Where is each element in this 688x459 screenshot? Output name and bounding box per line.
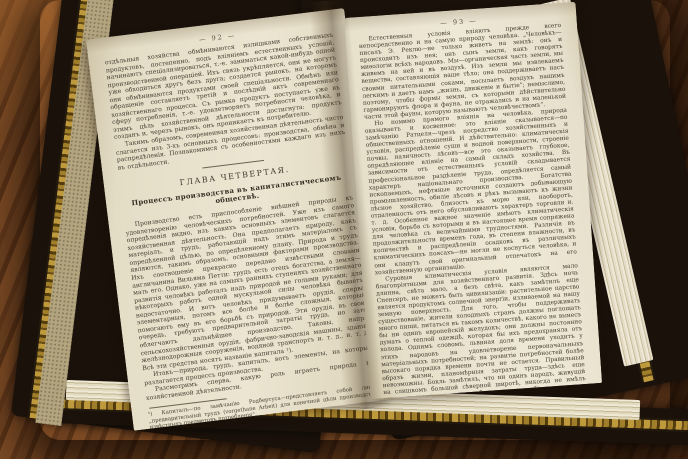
left-page-content: — 92 — отдѣльныя хозяйства обмѣниваются … <box>86 8 392 431</box>
right-page: — 93 — Естественныя условія вліяютъ преж… <box>344 2 602 399</box>
paragraph: Но помимо прямого вліянія на человѣка, п… <box>364 108 577 278</box>
photo-scene: — 92 — отдѣльныя хозяйства обмѣниваются … <box>0 0 688 459</box>
paragraph: Производство есть приспособленіе внѣшней… <box>125 195 372 373</box>
open-book: — 92 — отдѣльныя хозяйства обмѣниваются … <box>0 0 688 459</box>
left-page: — 92 — отдѣльныя хозяйства обмѣниваются … <box>86 8 392 431</box>
paragraph: Естественныя условія вліяютъ прежде всег… <box>358 23 566 122</box>
section-divider-rule <box>202 160 264 169</box>
right-page-content: — 93 — Естественныя условія вліяютъ преж… <box>344 2 602 399</box>
paragraph: Суровыя климатическія условія являются м… <box>375 263 590 399</box>
